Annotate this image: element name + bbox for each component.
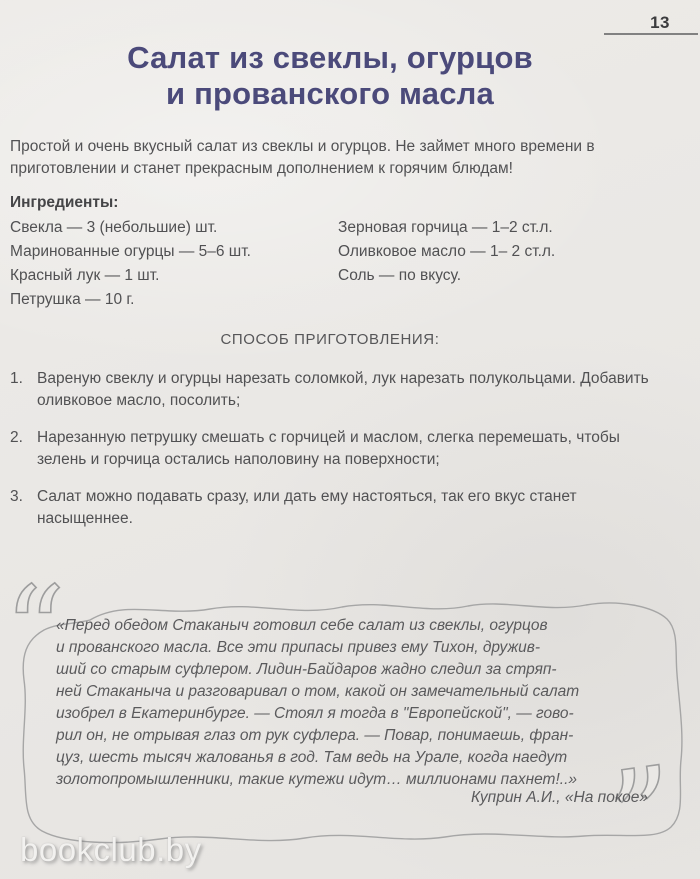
quote-line: золотопромышленники, такие кутежи идут… …	[56, 769, 656, 791]
recipe-title-line1: Салат из свеклы, огурцов	[127, 40, 533, 75]
quote-line: ший со старым суфлером. Лидин-Байдаров ж…	[56, 659, 656, 681]
method-steps: Вареную свеклу и огурцы нарезать соломко…	[10, 368, 670, 545]
quote-line: рил он, не отрывая глаз от рук суфлера. …	[56, 725, 656, 747]
ingredients-heading: Ингредиенты:	[10, 194, 118, 212]
quote-line: изобрел в Екатеринбурге. — Стоял я тогда…	[56, 703, 656, 725]
ingredient-item: Маринованные огурцы — 5–6 шт.	[10, 240, 338, 264]
watermark: bookclub.by	[20, 831, 202, 869]
method-heading: СПОСОБ ПРИГОТОВЛЕНИЯ:	[0, 331, 660, 348]
ingredient-item: Соль — по вкусу.	[338, 264, 678, 288]
ingredients-left-column: Свекла — 3 (небольшие) шт. Маринованные …	[10, 216, 338, 312]
quote-line: цуз, шесть тысяч жалованья в год. Там ве…	[56, 747, 656, 769]
ingredient-item: Оливковое масло — 1– 2 ст.л.	[338, 240, 678, 264]
method-step: Вареную свеклу и огурцы нарезать соломко…	[10, 368, 670, 412]
method-step: Нарезанную петрушку смешать с горчицей и…	[10, 427, 670, 471]
recipe-title-line2: и прованского масла	[166, 76, 494, 111]
quote-line: ней Стаканыча и разговаривал о том, како…	[56, 681, 656, 703]
page-number-rule	[604, 33, 698, 35]
method-step: Салат можно подавать сразу, или дать ему…	[10, 486, 670, 530]
quote-line: и прованского масла. Все эти припасы при…	[56, 637, 656, 659]
quote-text: «Перед обедом Стаканыч готовил себе сала…	[56, 615, 656, 791]
ingredients-section: Свекла — 3 (небольшие) шт. Маринованные …	[10, 216, 690, 312]
recipe-page: 13 Салат из свеклы, огурцов и прованског…	[0, 0, 700, 879]
ingredients-right-column: Зерновая горчица — 1–2 ст.л. Оливковое м…	[338, 216, 678, 312]
quote-line: «Перед обедом Стаканыч готовил себе сала…	[56, 615, 656, 637]
ingredient-item: Красный лук — 1 шт.	[10, 264, 338, 288]
ingredient-item: Зерновая горчица — 1–2 ст.л.	[338, 216, 678, 240]
ingredient-item: Петрушка — 10 г.	[10, 288, 338, 312]
ingredient-item: Свекла — 3 (небольшие) шт.	[10, 216, 338, 240]
quote-attribution: Куприн А.И., «На покое»	[471, 789, 648, 807]
page-number: 13	[650, 13, 670, 33]
recipe-intro: Простой и очень вкусный салат из свеклы …	[10, 136, 658, 180]
recipe-title: Салат из свеклы, огурцов и прованского м…	[0, 40, 660, 112]
